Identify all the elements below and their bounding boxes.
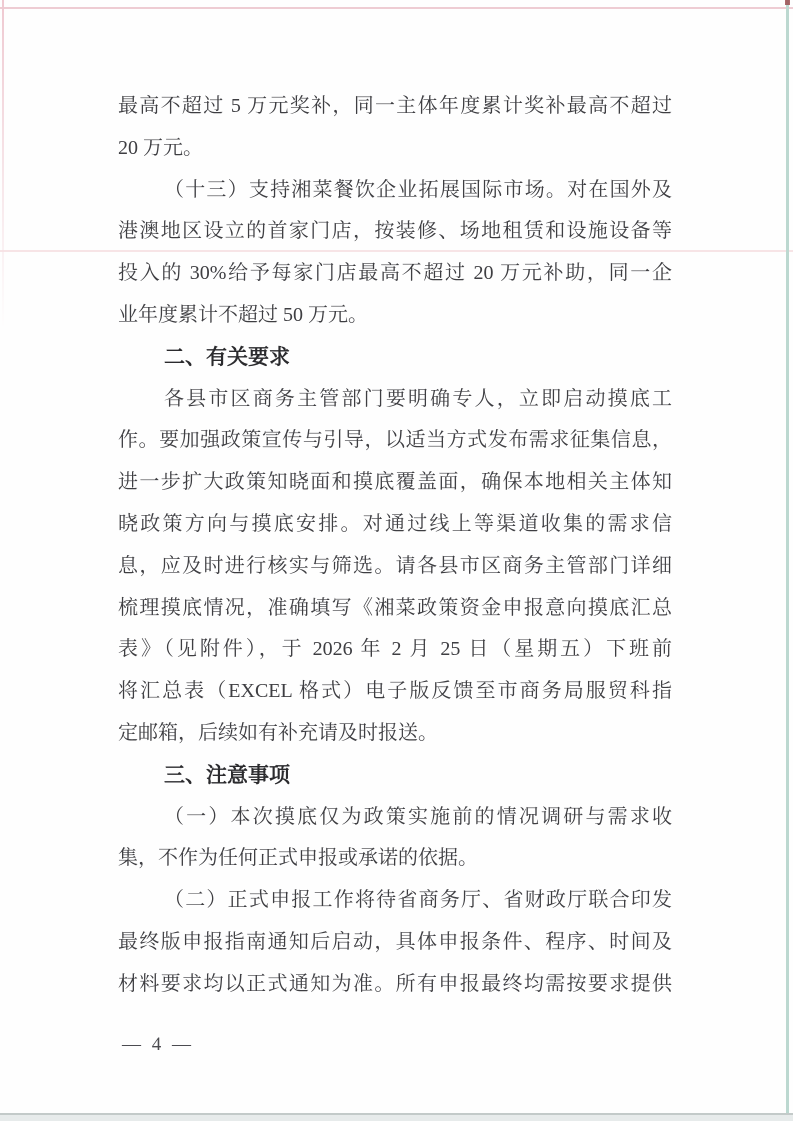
- scan-edge-top-line: [0, 7, 793, 9]
- scan-corner-mark: [785, 0, 790, 5]
- doc-line: 息，应及时进行核实与筛选。请各县市区商务主管部门详细: [118, 546, 672, 588]
- doc-line: （十三）支持湘菜餐饮企业拓展国际市场。对在国外及: [118, 170, 672, 212]
- doc-line: 投入的 30%给予每家门店最高不超过 20 万元补助，同一企: [118, 253, 672, 295]
- doc-line: 梳理摸底情况，准确填写《湘菜政策资金申报意向摸底汇总: [118, 588, 672, 630]
- doc-line: 晓政策方向与摸底安排。对通过线上等渠道收集的需求信: [118, 504, 672, 546]
- doc-line: 表》（见附件），于 2026 年 2 月 25 日（星期五）下班前: [118, 629, 672, 671]
- document-page: 最高不超过 5 万元奖补，同一主体年度累计奖补最高不超过 20 万元。 （十三）…: [0, 0, 793, 1121]
- doc-line: 业年度累计不超过 50 万元。: [118, 295, 672, 337]
- doc-line: （二）正式申报工作将待省商务厅、省财政厅联合印发: [118, 880, 672, 922]
- doc-line: 集，不作为任何正式申报或承诺的依据。: [118, 838, 672, 880]
- doc-line: 将汇总表（EXCEL 格式）电子版反馈至市商务局服贸科指: [118, 671, 672, 713]
- doc-line: 20 万元。: [118, 128, 672, 170]
- section-heading-notes: 三、注意事项: [118, 755, 672, 797]
- scan-edge-left-line: [2, 0, 4, 330]
- doc-line: 港澳地区设立的首家门店，按装修、场地租赁和设施设备等: [118, 211, 672, 253]
- scan-edge-right-line: [786, 0, 789, 1113]
- document-body: 最高不超过 5 万元奖补，同一主体年度累计奖补最高不超过 20 万元。 （十三）…: [118, 86, 672, 1006]
- doc-line: 各县市区商务主管部门要明确专人，立即启动摸底工: [118, 379, 672, 421]
- doc-line: 进一步扩大政策知晓面和摸底覆盖面，确保本地相关主体知: [118, 462, 672, 504]
- doc-line: 作。要加强政策宣传与引导，以适当方式发布需求征集信息，: [118, 420, 672, 462]
- doc-line: 材料要求均以正式通知为准。所有申报最终均需按要求提供: [118, 964, 672, 1006]
- doc-line: 最高不超过 5 万元奖补，同一主体年度累计奖补最高不超过: [118, 86, 672, 128]
- scan-edge-bottom-band: [0, 1113, 793, 1121]
- doc-line: 最终版申报指南通知后启动，具体申报条件、程序、时间及: [118, 922, 672, 964]
- page-number: — 4 —: [122, 1034, 194, 1056]
- doc-line: （一）本次摸底仅为政策实施前的情况调研与需求收: [118, 797, 672, 839]
- section-heading-requirements: 二、有关要求: [118, 337, 672, 379]
- doc-line: 定邮箱，后续如有补充请及时报送。: [118, 713, 672, 755]
